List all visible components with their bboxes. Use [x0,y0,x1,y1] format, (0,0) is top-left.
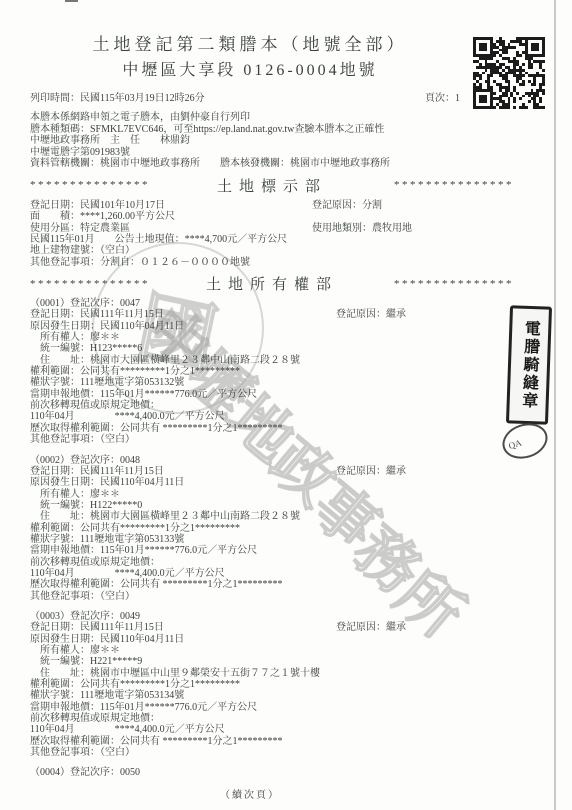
doc-line-right: 登記原因：繼承 [336,622,406,633]
doc-line: 登記日期：民國111年11月15日登記原因：繼承 [30,466,542,477]
land-description-body: 登記日期：民國101年10月17日登記原因：分割面 積：****1,260.00… [30,200,542,268]
doc-line: 其他登記事項：（空白） [30,434,542,445]
doc-line: 其他登記事項：分割自：０１２６－００００地號 [30,257,542,268]
doc-line: 權狀字號：111壢地電字第053133號 [30,534,542,545]
doc-line: 歷次取得權利範圍：公同共有 *********1分之1********* [30,579,542,590]
doc-line: 面 積：****1,260.00平方公尺 [30,211,542,222]
doc-line: 其他登記事項：（空白） [30,591,542,602]
doc-line: 統一編號：H122*****0 [30,500,542,511]
ownership-header: *************** 土地所有權部 *************** [30,273,514,294]
doc-line: 110年04月 ****4,400.0元／平方公尺 [30,411,542,422]
doc-line: 前次移轉現值或原規定地價： [30,400,542,411]
scan-top-mark [65,0,78,2]
doc-line: （0001）登記次序：0047 [30,298,542,309]
next-entry-line: （0004）登記次序：0050 [30,767,542,778]
ownership-entry: （0003）登記次序：0049登記日期：民國111年11月15日登記原因：繼承原… [30,611,542,758]
print-info-row: 列印時間：民國115年03月19日12時26分 頁次：1 [30,89,460,104]
doc-line: 所有權人：廖＊＊ [30,489,542,500]
doc-line: 110年04月 ****4,400.0元／平方公尺 [30,568,542,579]
note-line: 中壢電謄字第091983號 [30,147,542,159]
doc-line: （0002）登記次序：0048 [30,455,542,466]
doc-line: 所有權人：廖＊＊ [30,332,542,343]
document-title: 土地登記第二類謄本（地號全部） [30,30,470,55]
document-titles: 土地登記第二類謄本（地號全部） 中壢區大享段 0126-0004地號 [30,30,470,80]
doc-line-right: 登記原因：繼承 [336,466,406,477]
doc-line: 民國115年01月 公告土地現值：****4,700元／平方公尺 [30,234,542,245]
doc-line: 統一編號：H123*****6 [30,343,542,354]
doc-line: 權利範圍：公同共有*********1分之1********* [30,679,542,690]
parcel-subtitle: 中壢區大享段 0126-0004地號 [30,57,470,80]
stars-right: *************** [394,278,514,290]
ownership-title: 土地所有權部 [206,273,338,294]
land-description-title: 土地標示部 [217,175,327,196]
note-line: 謄本種類碼：SFMKL7EVC646，可至https://ep.land.nat… [30,124,542,136]
doc-line: 當期申報地價：115年01月******776.0元／平方公尺 [30,702,542,713]
doc-line: 歷次取得權利範圍：公同共有 *********1分之1********* [30,423,542,434]
doc-line: 住 址：桃園市中壢區中山里９鄰榮安十五街７７之１號十樓 [30,668,542,679]
doc-line: 住 址：桃園市大園區橫峰里２３鄰中山南路二段２８號 [30,511,542,522]
doc-line: 地上建物建號：（空白） [30,245,542,256]
continued-next-page: （續次頁） [30,786,470,801]
doc-line: 其他登記事項：（空白） [30,747,542,758]
doc-line: 當期申報地價：115年01月******776.0元／平方公尺 [30,545,542,556]
doc-line: 權利範圍：公同共有*********1分之1********* [30,366,542,377]
doc-line: 使用分區：特定農業區使用地類別：農牧用地 [30,223,542,234]
ownership-entry: （0001）登記次序：0047登記日期：民國111年11月15日登記原因：繼承原… [30,298,542,445]
print-time: 列印時間：民國115年03月19日12時26分 [30,89,205,104]
doc-line: 前次移轉現值或原規定地價： [30,713,542,724]
doc-line-right: 登記原因：繼承 [336,309,406,320]
ownership-entry: （0002）登記次序：0048登記日期：民國111年11月15日登記原因：繼承原… [30,455,542,602]
doc-line: 歷次取得權利範圍：公同共有 *********1分之1********* [30,736,542,747]
doc-line-right: 登記原因：分割 [312,200,382,211]
doc-line: 當期申報地價：115年01月******776.0元／平方公尺 [30,389,542,400]
doc-line: 登記日期：民國101年10月17日登記原因：分割 [30,200,542,211]
transcript-notes: 本謄本係網路申領之電子謄本，由劉仲豪自行列印謄本種類碼：SFMKL7EVC646… [30,112,542,170]
doc-line: 原因發生日期：民國110年04月11日 [30,321,542,332]
doc-line: 登記日期：民國111年11月15日登記原因：繼承 [30,309,542,320]
page-number: 頁次：1 [425,89,460,104]
note-line: 資料管轄機關：桃園市中壢地政事務所 謄本核發機關：桃園市中壢地政事務所 [30,158,542,170]
doc-line: 統一編號：H221*****9 [30,656,542,667]
scan-edge-line [554,0,556,810]
stars-right: *************** [394,179,514,191]
ownership-body: （0001）登記次序：0047登記日期：民國111年11月15日登記原因：繼承原… [30,298,542,758]
doc-line: 原因發生日期：民國110年04月11日 [30,477,542,488]
doc-line: 權利範圍：公同共有*********1分之1********* [30,523,542,534]
doc-line: 原因發生日期：民國110年04月11日 [30,634,542,645]
stars-left: *************** [30,179,150,191]
doc-line-right: 使用地類別：農牧用地 [312,223,412,234]
doc-line: 所有權人：廖＊＊ [30,645,542,656]
note-line: 中壢地政事務所 主 任 林鼎鈞 [30,135,542,147]
land-transcript-page: 國 中壢地政事務所 電謄騎縫章 QA 土地登記第二類謄本（地號全部） 中壢區大享… [0,0,572,810]
doc-line: 登記日期：民國111年11月15日登記原因：繼承 [30,622,542,633]
stars-left: *************** [30,278,150,290]
doc-line: （0003）登記次序：0049 [30,611,542,622]
doc-line: 前次移轉現值或原規定地價： [30,557,542,568]
note-line: 本謄本係網路申領之電子謄本，由劉仲豪自行列印 [30,112,542,124]
doc-line: 110年04月 ****4,400.0元／平方公尺 [30,724,542,735]
doc-line: 權狀字號：111壢地電字第053132號 [30,377,542,388]
doc-line: 住 址：桃園市大園區橫峰里２３鄰中山南路二段２８號 [30,355,542,366]
land-description-header: *************** 土地標示部 *************** [30,175,514,196]
doc-line: 權狀字號：111壢地電字第053134號 [30,690,542,701]
